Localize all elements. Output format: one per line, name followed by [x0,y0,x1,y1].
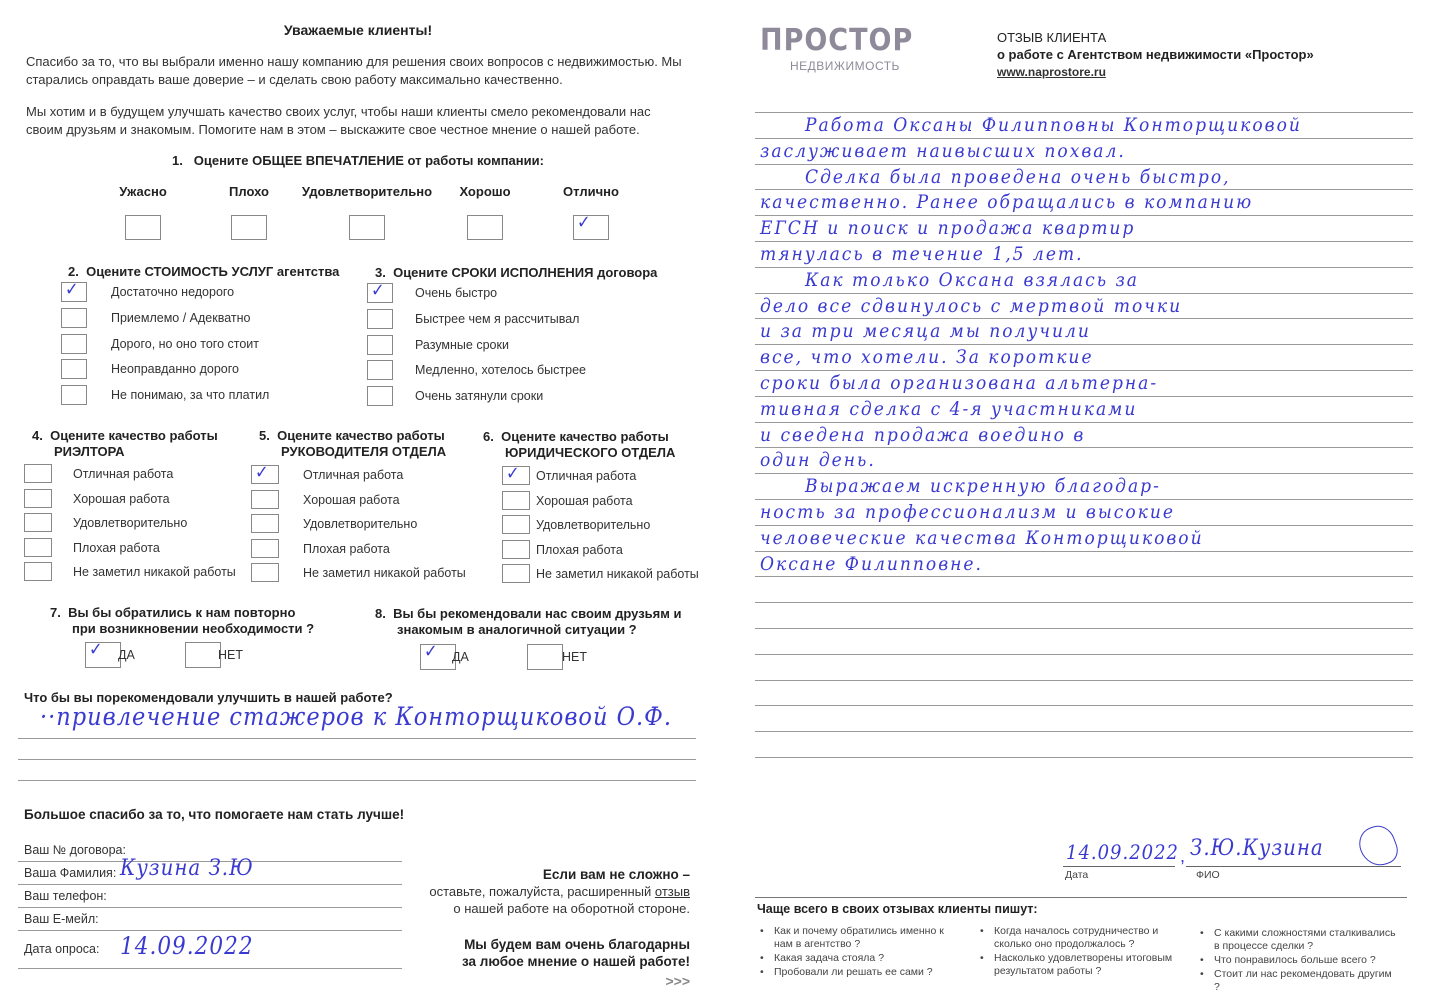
q6-option-label: Отличная работа [536,469,636,483]
q3-option-label: Очень затянули сроки [415,389,543,403]
check-mark-icon: ✓ [506,465,520,483]
tip-item: •Стоит ли нас рекомендовать другим ? [1200,968,1400,994]
q3-option-label: Быстрее чем я рассчитывал [415,312,579,326]
q5-option-checkbox[interactable]: ✓ [251,465,279,484]
page-title: Уважаемые клиенты! [0,22,716,38]
bullet-icon: • [1200,927,1204,940]
bullet-icon: • [980,925,984,938]
q7-number: 7. [50,605,61,620]
review-line [755,344,1413,345]
contact-field-line [18,884,402,885]
bullet-icon: • [760,925,764,938]
contact-field-line [18,930,402,931]
review-line-text: и сведена продажа воедино в [760,424,1085,446]
q6-option-label: Хорошая работа [536,494,633,508]
separator: , [1180,846,1185,867]
review-line [755,138,1413,139]
review-line [755,215,1413,216]
tips-column-3: •С какими сложностями сталкивались в про… [1200,927,1400,995]
q4-option-label: Хорошая работа [73,492,170,506]
review-line [755,731,1413,732]
q8-no-label: НЕТ [562,650,587,664]
tip-item: •Что понравилось больше всего ? [1200,954,1400,967]
check-mark-icon: ✓ [255,464,269,482]
q4-heading: 4. Оцените качество работы РИЭЛТОРА [32,428,218,460]
q7-line1: Вы бы обратились к нам повторно [68,605,295,620]
q3-option-checkbox[interactable] [367,386,393,406]
q3-option-checkbox[interactable] [367,309,393,329]
q6-option-label: Не заметил никакой работы [536,567,699,581]
review-line-text: заслуживает наивысших похвал. [760,140,1126,162]
q6-option-checkbox[interactable]: ✓ [502,466,530,485]
q6-option-label: Удовлетворительно [536,518,650,532]
side-note: Если вам не сложно – оставьте, пожалуйст… [420,866,690,990]
gratitude-line-2: за любое мнение о нашей работе! [420,953,690,970]
contact-field-label: Ваш телефон: [24,889,107,903]
q7-yes-checkbox[interactable]: ✓ [85,642,121,668]
review-line [755,499,1413,500]
q2-text: Оцените СТОИМОСТЬ УСЛУГ агентства [86,264,339,279]
contact-field-label: Ваш Е-мейл: [24,912,99,926]
bullet-icon: • [1200,954,1204,967]
website-link[interactable]: www.naprostore.ru [997,65,1106,79]
q4-number: 4. [32,428,43,443]
q6-heading: 6. Оцените качество работы ЮРИДИЧЕСКОГО … [483,429,675,461]
review-line-text: дело все сдвинулось с мертвой точки [760,295,1182,317]
side-note-text-2: о нашей работе на оборотной стороне. [420,900,690,917]
review-line [755,473,1413,474]
tips-column-2: •Когда началось сотрудничество и сколько… [980,925,1190,979]
review-subtitle: о работе с Агентством недвижимости «Прос… [997,46,1314,63]
tip-text: Стоит ли нас рекомендовать другим ? [1214,968,1392,993]
tip-item: •Насколько удовлетворены итоговым резуль… [980,952,1190,978]
q6-option-checkbox[interactable] [502,515,530,534]
q5-option-label: Плохая работа [303,542,390,556]
q7-no-label: НЕТ [218,648,243,662]
review-line [755,525,1413,526]
tip-item: •Когда началось сотрудничество и сколько… [980,925,1190,951]
review-line [755,318,1413,319]
q3-option-checkbox[interactable]: ✓ [367,283,393,303]
tip-item: •Какая задача стояла ? [760,952,960,965]
review-line [755,293,1413,294]
review-line [755,576,1413,577]
q5-heading: 5. Оцените качество работы РУКОВОДИТЕЛЯ … [259,428,446,460]
review-link[interactable]: отзыв [655,884,690,899]
review-line [755,654,1413,655]
review-line [755,241,1413,242]
q4-option-checkbox[interactable] [24,538,52,557]
contact-field-value[interactable]: 14.09.2022 [120,932,254,960]
q5-line2: РУКОВОДИТЕЛЯ ОТДЕЛА [259,444,446,459]
review-line [755,628,1413,629]
q5-option-checkbox[interactable] [251,539,279,558]
check-mark-icon: ✓ [577,214,591,232]
review-line-text: все, что хотели. За короткие [760,346,1094,368]
review-line-text: тянулась в течение 1,5 лет. [760,243,1084,265]
tip-text: Как и почему обратились именно к нам в а… [774,925,944,950]
thanks-heading: Большое спасибо за то, что помогаете нам… [24,807,404,822]
review-line-text: Работа Оксаны Филипповны Конторщиковой [805,114,1302,136]
q7-no-checkbox[interactable] [185,642,221,668]
tip-text: Пробовали ли решать ее сами ? [774,966,933,978]
review-line [755,112,1413,113]
q3-number: 3. [375,265,386,280]
check-mark-icon: ✓ [371,282,385,300]
review-line-text: ность за профессионализм и высокие [760,501,1175,523]
contact-field-line [18,968,402,969]
q8-heading: 8. Вы бы рекомендовали нас своим друзьям… [375,606,681,638]
review-line-text: Как только Оксана взялась за [805,269,1139,291]
q6-line2: ЮРИДИЧЕСКОГО ОТДЕЛА [483,445,675,460]
q4-option-label: Не заметил никакой работы [73,565,236,579]
q6-number: 6. [483,429,494,444]
tip-item: •С какими сложностями сталкивались в про… [1200,927,1400,953]
q5-option-label: Удовлетворительно [303,517,417,531]
q4-option-label: Плохая работа [73,541,160,555]
tip-item: •Пробовали ли решать ее сами ? [760,966,960,979]
contact-field-label: Ваш № договора: [24,843,126,857]
q4-option-label: Отличная работа [73,467,173,481]
answer-line [18,759,696,760]
q3-text: Оцените СРОКИ ИСПОЛНЕНИЯ договора [393,265,657,280]
improve-answer[interactable]: ··привлечение стажеров к Конторщиковой О… [40,702,672,731]
q1-option-checkbox[interactable] [125,215,161,240]
q3-option-checkbox[interactable] [367,360,393,380]
review-header: ОТЗЫВ КЛИЕНТА о работе с Агентством недв… [997,29,1314,81]
q6-option-checkbox[interactable] [502,491,530,510]
q6-option-checkbox[interactable] [502,540,530,559]
answer-line [18,738,696,739]
tip-text: Когда началось сотрудничество и сколько … [994,925,1158,950]
review-line-text: ЕГСН и поиск и продажа квартир [760,217,1135,239]
q8-line2: знакомым в аналогичной ситуации ? [375,622,637,637]
q3-option-checkbox[interactable] [367,335,393,355]
signature-scribble-icon [1354,821,1402,871]
review-title: ОТЗЫВ КЛИЕНТА [997,29,1314,46]
q2-option-checkbox[interactable] [61,359,87,379]
review-line [755,551,1413,552]
next-page-arrows-icon: >>> [420,973,690,990]
review-line [755,396,1413,397]
q7-yes-label: ДА [118,648,135,662]
review-line [755,447,1413,448]
review-line-text: Оксане Филипповне. [760,553,983,575]
review-line-text: один день. [760,449,876,471]
contact-field-label: Ваша Фамилия: [24,866,116,880]
q5-option-checkbox[interactable] [251,563,279,582]
signature-fio: З.Ю.Кузина [1190,836,1324,861]
contact-field-label: Дата опроса: [24,942,99,956]
q2-number: 2. [68,264,79,279]
q1-option-checkbox[interactable] [231,215,267,240]
intro-paragraph-1: Спасибо за то, что вы выбрали именно наш… [26,53,686,89]
q4-option-checkbox[interactable] [24,464,52,483]
q8-number: 8. [375,606,386,621]
q2-option-label: Достаточно недорого [111,285,234,299]
tip-text: Какая задача стояла ? [774,952,884,964]
review-line [755,267,1413,268]
q3-option-label: Медленно, хотелось быстрее [415,363,586,377]
fio-label: ФИО [1196,869,1220,882]
bullet-icon: • [760,966,764,979]
q8-yes-label: ДА [452,650,469,664]
bullet-icon: • [1200,968,1204,981]
gratitude-line-1: Мы будем вам очень благодарны [420,936,690,953]
q5-option-checkbox[interactable] [251,490,279,509]
q1-heading: 1. Оцените ОБЩЕЕ ВПЕЧАТЛЕНИЕ от работы к… [0,153,716,168]
tip-text: Что понравилось больше всего ? [1214,954,1376,966]
q5-line1: Оцените качество работы [277,428,445,443]
answer-line [18,780,696,781]
review-line-text: человеческие качества Конторщиковой [760,527,1204,549]
q4-option-label: Удовлетворительно [73,516,187,530]
contact-field-line [18,907,402,908]
review-line [755,705,1413,706]
tip-text: Насколько удовлетворены итоговым результ… [994,952,1172,977]
q1-option-checkbox[interactable] [349,215,385,240]
signature-date: 14.09.2022 [1066,840,1179,864]
q2-option-label: Не понимаю, за что платил [111,388,269,402]
q8-line1: Вы бы рекомендовали нас своим друзьям и [393,606,681,621]
q3-heading: 3. Оцените СРОКИ ИСПОЛНЕНИЯ договора [375,265,657,280]
q2-heading: 2. Оцените СТОИМОСТЬ УСЛУГ агентства [68,264,339,279]
review-line [755,164,1413,165]
check-mark-icon: ✓ [65,281,79,299]
q2-option-label: Дорого, но оно того стоит [111,337,259,351]
q1-option-label: Отлично [511,184,671,199]
logo-subtitle: НЕДВИЖИМОСТЬ [790,59,913,73]
q5-option-checkbox[interactable] [251,514,279,533]
side-note-text: оставьте, пожалуйста, расширенный [429,884,655,899]
q2-option-checkbox[interactable] [61,308,87,328]
bullet-icon: • [980,952,984,965]
review-line-text: и за три месяца мы получили [760,320,1091,342]
q6-option-checkbox[interactable] [502,564,530,583]
fio-line [1186,866,1401,867]
review-line [755,189,1413,190]
logo: ПРОСТОР НЕДВИЖИМОСТЬ [760,26,913,73]
q2-option-checkbox[interactable] [61,385,87,405]
q5-option-label: Отличная работа [303,468,403,482]
review-line-text: Выражаем искренную благодар- [805,475,1161,497]
q4-line2: РИЭЛТОРА [32,444,125,459]
q2-option-checkbox[interactable] [61,334,87,354]
q6-line1: Оцените качество работы [501,429,669,444]
tip-text: С какими сложностями сталкивались в проц… [1214,927,1396,952]
side-note-bold: Если вам не сложно – [420,866,690,883]
q7-line2: при возникновении необходимости ? [50,621,314,636]
check-mark-icon: ✓ [424,643,438,661]
q2-option-checkbox[interactable]: ✓ [61,282,87,302]
q8-yes-checkbox[interactable]: ✓ [420,644,456,670]
check-mark-icon: ✓ [89,641,103,659]
bullet-icon: • [760,952,764,965]
intro-paragraph-2: Мы хотим и в будущем улучшать качество с… [26,103,686,139]
q4-option-checkbox[interactable] [24,513,52,532]
q5-option-label: Хорошая работа [303,493,400,507]
review-line [755,602,1413,603]
date-label: Дата [1065,869,1088,882]
review-line-text: Сделка была проведена очень быстро, [805,166,1231,188]
q3-option-label: Очень быстро [415,286,497,300]
q8-no-checkbox[interactable] [527,644,563,670]
tips-column-1: •Как и почему обратились именно к нам в … [760,925,960,980]
review-line [755,422,1413,423]
review-line-text: качественно. Ранее обращались в компанию [760,191,1253,213]
tip-item: •Как и почему обратились именно к нам в … [760,925,960,951]
review-line [755,680,1413,681]
logo-wordmark: ПРОСТОР [760,26,913,56]
q1-option-checkbox[interactable] [467,215,503,240]
q4-line1: Оцените качество работы [50,428,218,443]
contact-field-value[interactable]: Кузина З.Ю [120,856,254,881]
review-line-text: сроки была организована альтерна- [760,372,1158,394]
tips-divider [755,897,1407,898]
q1-number: 1. [172,153,183,168]
q2-option-label: Приемлемо / Адекватно [111,311,250,325]
q4-option-checkbox[interactable] [24,562,52,581]
q6-option-label: Плохая работа [536,543,623,557]
q4-option-checkbox[interactable] [24,489,52,508]
q2-option-label: Неоправданно дорого [111,362,239,376]
date-line [1063,866,1175,867]
q3-option-label: Разумные сроки [415,338,509,352]
q7-heading: 7. Вы бы обратились к нам повторно при в… [50,605,314,637]
q5-number: 5. [259,428,270,443]
q1-option-checkbox[interactable]: ✓ [573,215,609,240]
q1-text: Оцените ОБЩЕЕ ВПЕЧАТЛЕНИЕ от работы комп… [194,153,544,168]
q5-option-label: Не заметил никакой работы [303,566,466,580]
review-line [755,757,1413,758]
review-line [755,370,1413,371]
tips-title: Чаще всего в своих отзывах клиенты пишут… [757,902,1038,916]
review-line-text: тивная сделка с 4-я участниками [760,398,1137,420]
